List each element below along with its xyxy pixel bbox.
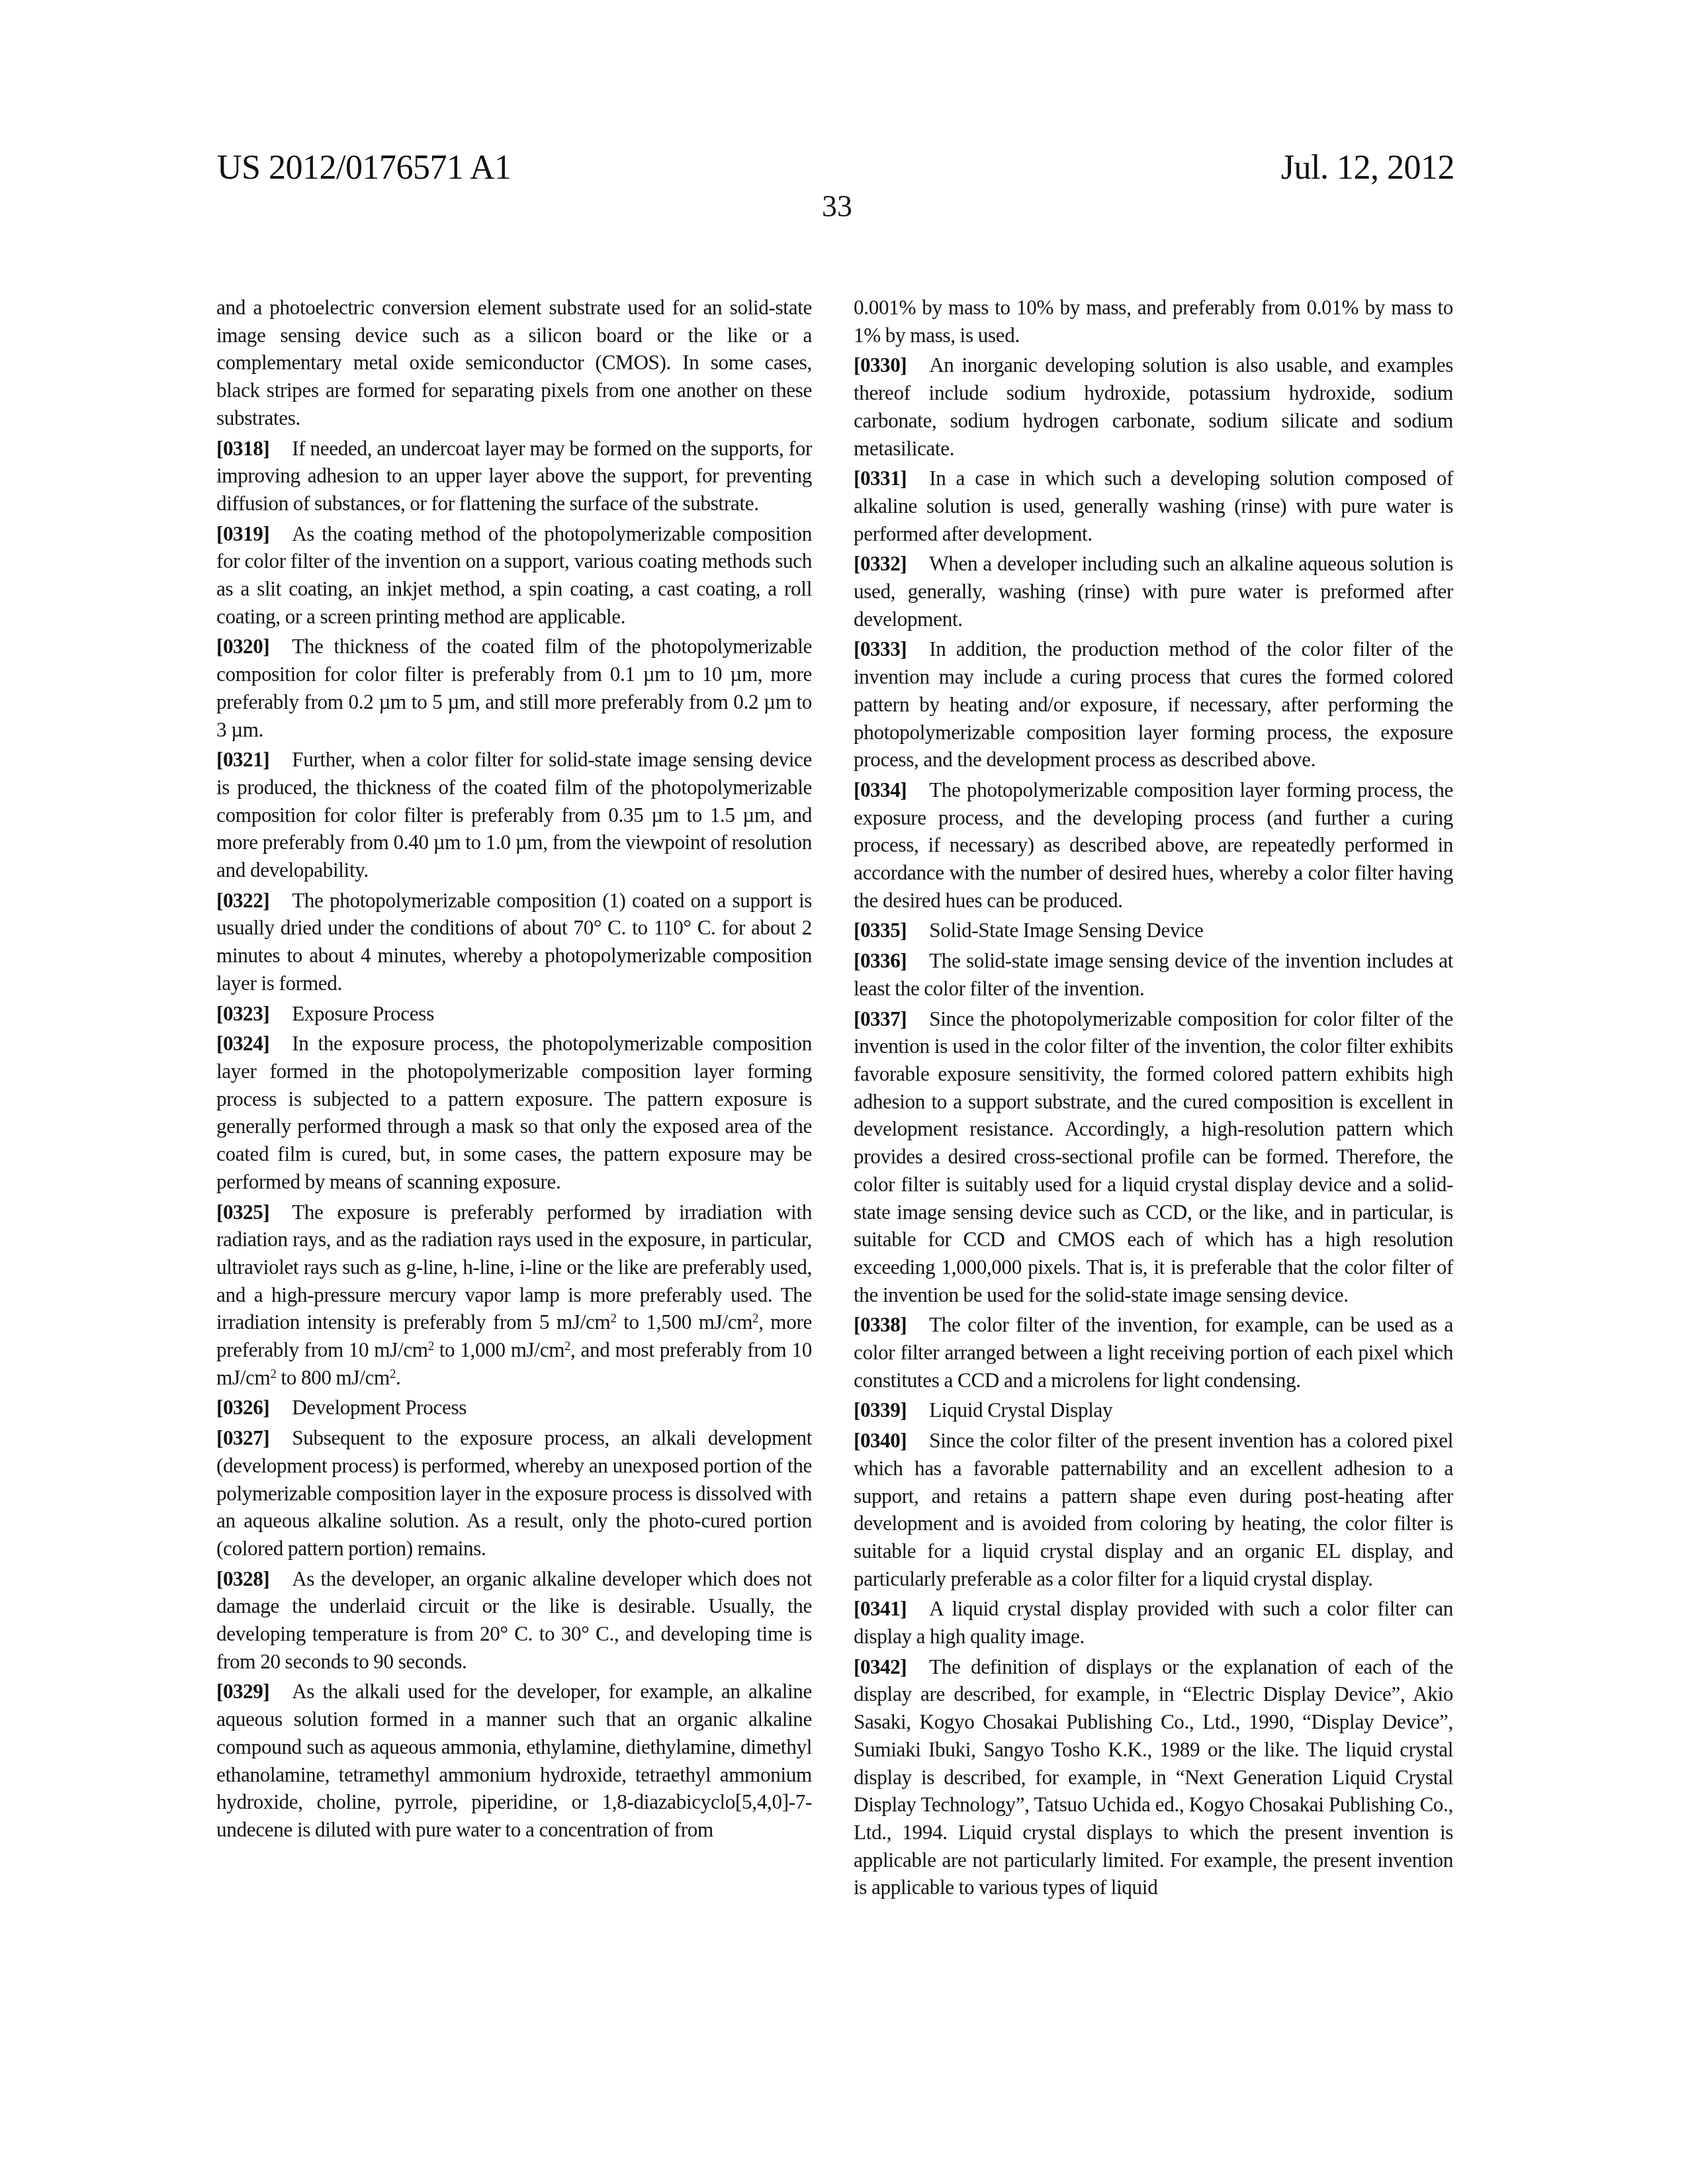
paragraph-0338: [0338]The color filter of the invention,… xyxy=(854,1311,1453,1394)
paragraph-text: An inorganic developing solution is also… xyxy=(854,353,1453,459)
paragraph-number: [0334] xyxy=(854,778,907,801)
paragraph-0342: [0342]The definition of displays or the … xyxy=(854,1653,1453,1901)
publication-number: US 2012/0176571 A1 xyxy=(217,148,512,188)
superscript: 2 xyxy=(390,1367,396,1381)
continuation-paragraph: 0.001% by mass to 10% by mass, and prefe… xyxy=(854,294,1453,349)
section-heading-exposure-process: [0323]Exposure Process xyxy=(216,1000,812,1028)
paragraph-number: [0327] xyxy=(216,1426,269,1449)
paragraph-text: If needed, an undercoat layer may be for… xyxy=(216,437,812,515)
superscript: 2 xyxy=(428,1340,434,1353)
paragraph-number: [0335] xyxy=(854,919,907,942)
paragraph-text: The solid-state image sensing device of … xyxy=(854,949,1453,1000)
paragraph-text: As the coating method of the photopolyme… xyxy=(216,522,812,628)
paragraph-text: In addition, the production method of th… xyxy=(854,637,1453,771)
right-column: 0.001% by mass to 10% by mass, and prefe… xyxy=(854,294,1453,1904)
paragraph-0325: [0325]The exposure is preferably perform… xyxy=(216,1199,812,1392)
section-heading-solid-state-image-sensing-device: [0335]Solid-State Image Sensing Device xyxy=(854,917,1453,944)
paragraph-0330: [0330]An inorganic developing solution i… xyxy=(854,351,1453,462)
paragraph-text: Since the photopolymerizable composition… xyxy=(854,1007,1453,1306)
paragraph-text: Further, when a color filter for solid-s… xyxy=(216,748,812,882)
paragraph-text: . xyxy=(396,1366,400,1389)
paragraph-text: to 800 mJ/cm xyxy=(276,1366,390,1389)
paragraph-number: [0331] xyxy=(854,467,907,490)
paragraph-0328: [0328]As the developer, an organic alkal… xyxy=(216,1565,812,1676)
paragraph-0337: [0337]Since the photopolymerizable compo… xyxy=(854,1005,1453,1309)
paragraph-number: [0323] xyxy=(216,1002,269,1025)
paragraph-0340: [0340]Since the color filter of the pres… xyxy=(854,1427,1453,1592)
paragraph-number: [0321] xyxy=(216,748,269,771)
paragraph-text: In the exposure process, the photopolyme… xyxy=(216,1032,812,1193)
paragraph-number: [0329] xyxy=(216,1680,269,1703)
paragraph-text: As the developer, an organic alkaline de… xyxy=(216,1567,812,1673)
paragraph-0341: [0341]A liquid crystal display provided … xyxy=(854,1595,1453,1650)
paragraph-number: [0324] xyxy=(216,1032,269,1055)
paragraph-0336: [0336]The solid-state image sensing devi… xyxy=(854,947,1453,1002)
paragraph-0327: [0327]Subsequent to the exposure process… xyxy=(216,1424,812,1563)
paragraph-text: Since the color filter of the present in… xyxy=(854,1429,1453,1590)
paragraph-text: to 1,500 mJ/cm xyxy=(616,1310,752,1334)
paragraph-number: [0332] xyxy=(854,552,907,575)
section-heading: Exposure Process xyxy=(292,1002,434,1025)
paragraph-number: [0342] xyxy=(854,1655,907,1678)
paragraph-number: [0341] xyxy=(854,1597,907,1620)
superscript: 2 xyxy=(564,1340,570,1353)
paragraph-number: [0328] xyxy=(216,1567,269,1590)
paragraph-0333: [0333]In addition, the production method… xyxy=(854,635,1453,774)
paragraph-0319: [0319]As the coating method of the photo… xyxy=(216,520,812,631)
section-heading-development-process: [0326]Development Process xyxy=(216,1394,812,1422)
paragraph-0322: [0322]The photopolymerizable composition… xyxy=(216,887,812,997)
paragraph-0320: [0320]The thickness of the coated film o… xyxy=(216,633,812,743)
paragraph-number: [0319] xyxy=(216,522,269,545)
publication-date: Jul. 12, 2012 xyxy=(1281,148,1454,188)
section-heading: Liquid Crystal Display xyxy=(929,1398,1112,1422)
paragraph-number: [0339] xyxy=(854,1398,907,1422)
left-column: and a photoelectric conversion element s… xyxy=(216,294,812,1846)
paragraph-text: The thickness of the coated film of the … xyxy=(216,635,812,741)
paragraph-0324: [0324]In the exposure process, the photo… xyxy=(216,1030,812,1195)
paragraph-number: [0325] xyxy=(216,1201,269,1224)
paragraph-text: In a case in which such a developing sol… xyxy=(854,467,1453,545)
page-number: 33 xyxy=(814,189,860,224)
superscript: 2 xyxy=(752,1312,758,1326)
paragraph-number: [0330] xyxy=(854,353,907,377)
paragraph-0329: [0329]As the alkali used for the develop… xyxy=(216,1678,812,1843)
paragraph-number: [0337] xyxy=(854,1007,907,1030)
continuation-paragraph: and a photoelectric conversion element s… xyxy=(216,294,812,432)
paragraph-text: A liquid crystal display provided with s… xyxy=(854,1597,1453,1648)
section-heading-liquid-crystal-display: [0339]Liquid Crystal Display xyxy=(854,1396,1453,1424)
paragraph-0318: [0318]If needed, an undercoat layer may … xyxy=(216,435,812,518)
paragraph-number: [0320] xyxy=(216,635,269,658)
section-heading: Solid-State Image Sensing Device xyxy=(929,919,1203,942)
paragraph-number: [0333] xyxy=(854,637,907,660)
paragraph-number: [0338] xyxy=(854,1313,907,1336)
paragraph-number: [0340] xyxy=(854,1429,907,1452)
paragraph-text: As the alkali used for the developer, fo… xyxy=(216,1680,812,1841)
paragraph-text: The color filter of the invention, for e… xyxy=(854,1313,1453,1391)
paragraph-0334: [0334]The photopolymerizable composition… xyxy=(854,776,1453,915)
section-heading: Development Process xyxy=(292,1396,467,1419)
paragraph-0331: [0331]In a case in which such a developi… xyxy=(854,465,1453,547)
paragraph-number: [0326] xyxy=(216,1396,269,1419)
paragraph-number: [0336] xyxy=(854,949,907,972)
paragraph-text: The definition of displays or the explan… xyxy=(854,1655,1453,1899)
paragraph-text: The photopolymerizable composition (1) c… xyxy=(216,889,812,995)
paragraph-number: [0318] xyxy=(216,437,269,460)
paragraph-text: When a developer including such an alkal… xyxy=(854,552,1453,630)
paragraph-text: to 1,000 mJ/cm xyxy=(434,1338,564,1361)
paragraph-text: The photopolymerizable composition layer… xyxy=(854,778,1453,912)
paragraph-0321: [0321]Further, when a color filter for s… xyxy=(216,746,812,884)
paragraph-0332: [0332]When a developer including such an… xyxy=(854,550,1453,633)
paragraph-number: [0322] xyxy=(216,889,269,912)
paragraph-text: Subsequent to the exposure process, an a… xyxy=(216,1426,812,1560)
